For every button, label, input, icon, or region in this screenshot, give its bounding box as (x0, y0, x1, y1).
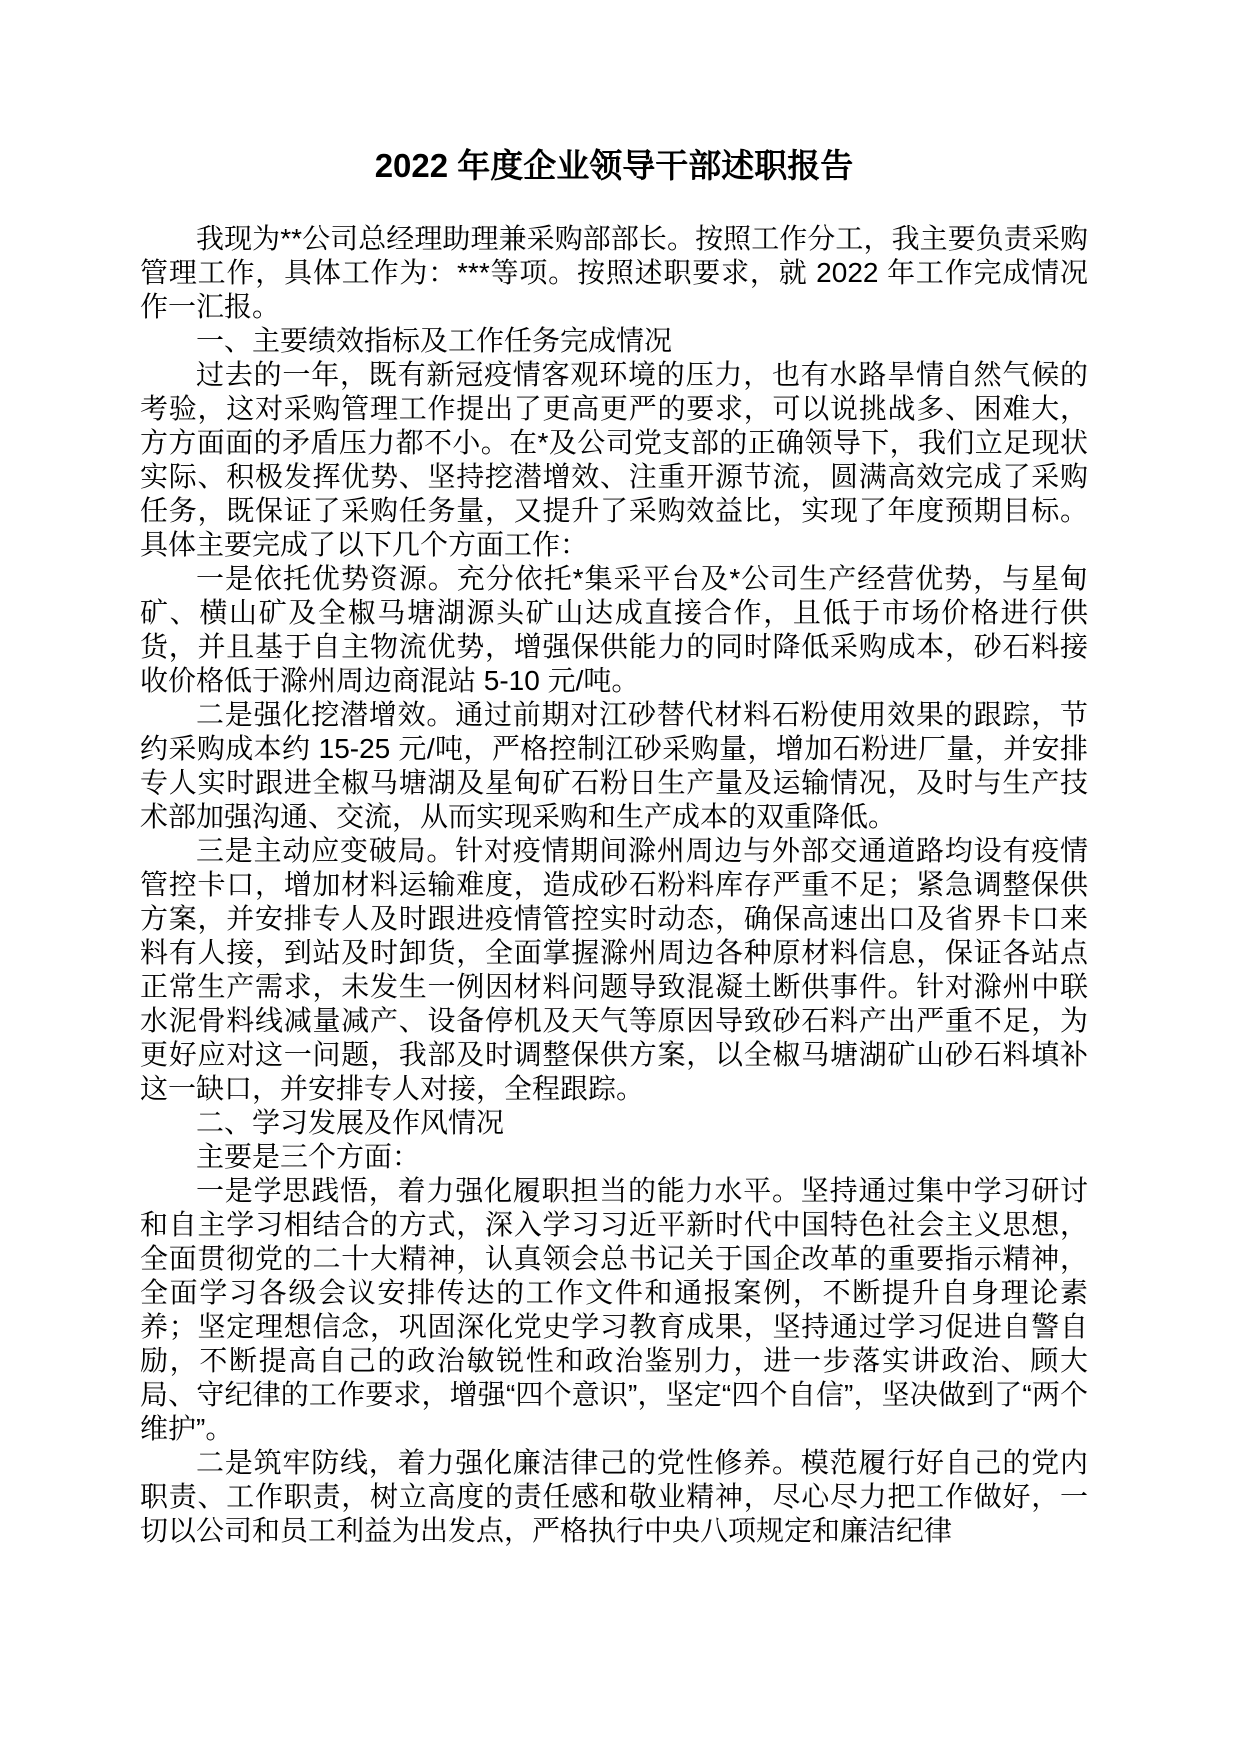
paragraph: 三是主动应变破局。针对疫情期间滁州周边与外部交通道路均设有疫情管控卡口，增加材料… (140, 834, 1088, 1106)
paragraph: 主要是三个方面： (140, 1140, 1088, 1174)
document-body: 我现为**公司总经理助理兼采购部部长。按照工作分工，我主要负责采购管理工作，具体… (140, 222, 1088, 1548)
paragraph: 一是依托优势资源。充分依托*集采平台及*公司生产经营优势，与星甸矿、横山矿及全椒… (140, 562, 1088, 698)
paragraph: 过去的一年，既有新冠疫情客观环境的压力，也有水路旱情自然气候的考验，这对采购管理… (140, 358, 1088, 562)
section-heading: 一、主要绩效指标及工作任务完成情况 (140, 324, 1088, 358)
document-page: 2022 年度企业领导干部述职报告 我现为**公司总经理助理兼采购部部长。按照工… (0, 0, 1240, 1754)
paragraph: 一是学思践悟，着力强化履职担当的能力水平。坚持通过集中学习研讨和自主学习相结合的… (140, 1174, 1088, 1446)
paragraph: 我现为**公司总经理助理兼采购部部长。按照工作分工，我主要负责采购管理工作，具体… (140, 222, 1088, 324)
page-title: 2022 年度企业领导干部述职报告 (140, 146, 1088, 186)
paragraph: 二是筑牢防线，着力强化廉洁律己的党性修养。模范履行好自己的党内职责、工作职责，树… (140, 1446, 1088, 1548)
section-heading: 二、学习发展及作风情况 (140, 1106, 1088, 1140)
paragraph: 二是强化挖潜增效。通过前期对江砂替代材料石粉使用效果的跟踪，节约采购成本约 15… (140, 698, 1088, 834)
